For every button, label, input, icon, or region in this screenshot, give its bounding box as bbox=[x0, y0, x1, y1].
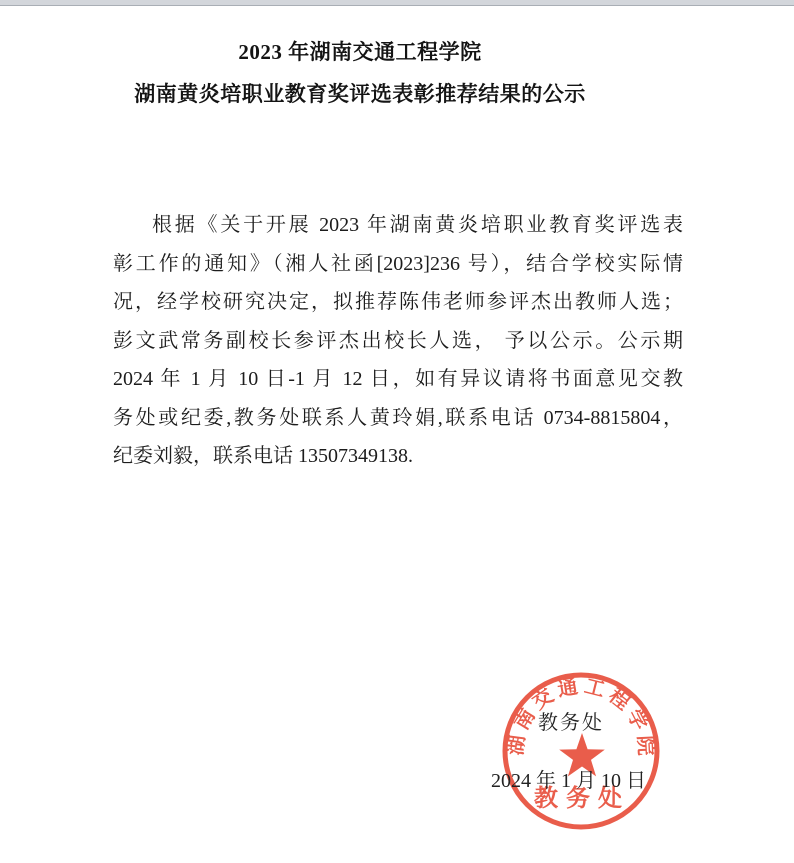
body-line: 彰工作的通知》（湘人社函[2023]236 号），结合学校实际情 bbox=[113, 245, 683, 284]
document-date: 2024 年 1 月 10 日 bbox=[491, 764, 646, 793]
page-top-edge bbox=[0, 0, 794, 6]
document-title-line1: 2023 年湖南交通工程学院 bbox=[0, 38, 720, 66]
body-line: 务处或纪委,教务处联系人黄玲娟,联系电话 0734-8815804， bbox=[113, 399, 683, 438]
body-line: 2024 年 1 月 10 日-1 月 12 日，如有异议请将书面意见交教 bbox=[113, 360, 683, 399]
body-line: 彭文武常务副校长参评杰出校长人选， 予以公示。公示期 bbox=[113, 322, 683, 361]
document-body: 根据《关于开展 2023 年湖南黄炎培职业教育奖评选表 彰工作的通知》（湘人社函… bbox=[113, 206, 683, 476]
body-line: 根据《关于开展 2023 年湖南黄炎培职业教育奖评选表 bbox=[113, 206, 683, 245]
document-title-line2: 湖南黄炎培职业教育奖评选表彰推荐结果的公示 bbox=[0, 80, 720, 108]
body-line: 况，经学校研究决定，拟推荐陈伟老师参评杰出教师人选； bbox=[113, 283, 683, 322]
body-line: 纪委刘毅，联系电话 13507349138. bbox=[113, 437, 683, 476]
signature-department: 教务处 bbox=[538, 706, 604, 735]
official-seal: 湖南交通工程学院 教务处 bbox=[496, 666, 666, 836]
